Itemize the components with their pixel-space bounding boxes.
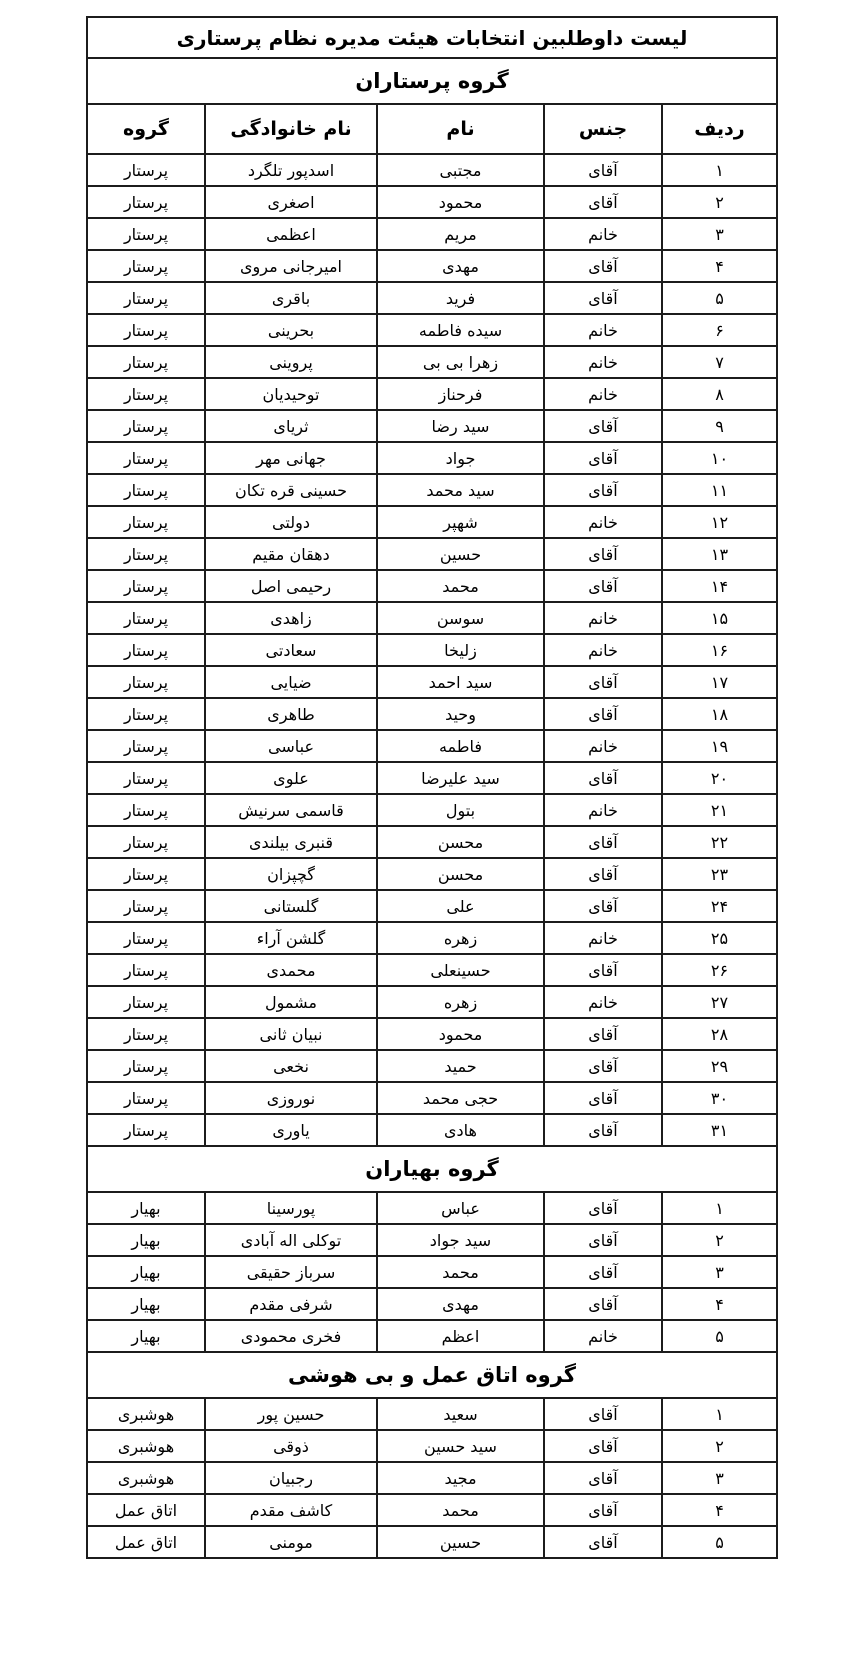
cell-first-name: هادی xyxy=(377,1114,544,1146)
cell-gender: خانم xyxy=(544,314,662,346)
cell-last-name: فخری محمودی xyxy=(205,1320,377,1352)
cell-group: هوشبری xyxy=(87,1398,205,1430)
cell-group: پرستار xyxy=(87,634,205,666)
cell-radif: ۱۹ xyxy=(662,730,777,762)
scanned-document-sheet: لیست داوطلبین انتخابات هیئت مدیره نظام پ… xyxy=(0,0,858,1666)
cell-last-name: رجبیان xyxy=(205,1462,377,1494)
cell-first-name: مریم xyxy=(377,218,544,250)
cell-group: پرستار xyxy=(87,314,205,346)
cell-first-name: حجی محمد xyxy=(377,1082,544,1114)
cell-radif: ۲۰ xyxy=(662,762,777,794)
cell-radif: ۳ xyxy=(662,218,777,250)
cell-group: پرستار xyxy=(87,250,205,282)
table-row: ۱آقایمجتبیاسدپور تلگردپرستار xyxy=(87,154,777,186)
table-row: ۲۶آقایحسینعلیمحمدیپرستار xyxy=(87,954,777,986)
cell-gender: آقای xyxy=(544,186,662,218)
cell-gender: خانم xyxy=(544,602,662,634)
cell-first-name: وحید xyxy=(377,698,544,730)
cell-group: پرستار xyxy=(87,1018,205,1050)
cell-last-name: پروینی xyxy=(205,346,377,378)
title-row: لیست داوطلبین انتخابات هیئت مدیره نظام پ… xyxy=(87,17,777,58)
cell-radif: ۱۶ xyxy=(662,634,777,666)
table-row: ۴آقایمهدیشرفی مقدمبهیار xyxy=(87,1288,777,1320)
cell-first-name: عباس xyxy=(377,1192,544,1224)
cell-first-name: بتول xyxy=(377,794,544,826)
cell-last-name: گلشن آراء xyxy=(205,922,377,954)
table-row: ۲آقایمحموداصغریپرستار xyxy=(87,186,777,218)
cell-group: پرستار xyxy=(87,538,205,570)
table-row: ۲۷خانمزهرهمشمولپرستار xyxy=(87,986,777,1018)
cell-last-name: توکلی اله آبادی xyxy=(205,1224,377,1256)
table-row: ۵خانماعظمفخری محمودیبهیار xyxy=(87,1320,777,1352)
cell-last-name: شرفی مقدم xyxy=(205,1288,377,1320)
cell-radif: ۱ xyxy=(662,1192,777,1224)
column-header-group: گروه xyxy=(87,104,205,154)
table-row: ۹آقایسید رضاثریایپرستار xyxy=(87,410,777,442)
cell-first-name: زهره xyxy=(377,922,544,954)
cell-radif: ۲۳ xyxy=(662,858,777,890)
table-row: ۴آقایمحمدکاشف مقدماتاق عمل xyxy=(87,1494,777,1526)
table-row: ۱۴آقایمحمدرحیمی اصلپرستار xyxy=(87,570,777,602)
section-header-row: گروه پرستاران xyxy=(87,58,777,104)
cell-first-name: علی xyxy=(377,890,544,922)
cell-radif: ۷ xyxy=(662,346,777,378)
cell-group: پرستار xyxy=(87,378,205,410)
cell-group: بهیار xyxy=(87,1288,205,1320)
cell-last-name: توحیدیان xyxy=(205,378,377,410)
cell-last-name: رحیمی اصل xyxy=(205,570,377,602)
cell-group: پرستار xyxy=(87,346,205,378)
cell-last-name: اسدپور تلگرد xyxy=(205,154,377,186)
table-row: ۴آقایمهدیامیرجانی مرویپرستار xyxy=(87,250,777,282)
cell-gender: خانم xyxy=(544,634,662,666)
cell-radif: ۱۷ xyxy=(662,666,777,698)
cell-last-name: کاشف مقدم xyxy=(205,1494,377,1526)
cell-last-name: نخعی xyxy=(205,1050,377,1082)
cell-group: پرستار xyxy=(87,1082,205,1114)
cell-group: هوشبری xyxy=(87,1462,205,1494)
cell-group: پرستار xyxy=(87,890,205,922)
cell-gender: آقای xyxy=(544,762,662,794)
table-row: ۶خانمسیده فاطمهبحرینیپرستار xyxy=(87,314,777,346)
cell-gender: آقای xyxy=(544,570,662,602)
cell-radif: ۲۸ xyxy=(662,1018,777,1050)
section-header-2: گروه بهیاران xyxy=(87,1146,777,1192)
cell-radif: ۲ xyxy=(662,1430,777,1462)
cell-gender: آقای xyxy=(544,1398,662,1430)
cell-gender: خانم xyxy=(544,794,662,826)
cell-radif: ۸ xyxy=(662,378,777,410)
table-row: ۳۰آقایحجی محمدنوروزیپرستار xyxy=(87,1082,777,1114)
table-row: ۷خانمزهرا بی بیپروینیپرستار xyxy=(87,346,777,378)
cell-last-name: سرباز حقیقی xyxy=(205,1256,377,1288)
cell-first-name: سید رضا xyxy=(377,410,544,442)
cell-gender: آقای xyxy=(544,1192,662,1224)
table-row: ۱۹خانمفاطمهعباسیپرستار xyxy=(87,730,777,762)
cell-first-name: مجید xyxy=(377,1462,544,1494)
cell-last-name: ضیایی xyxy=(205,666,377,698)
cell-gender: آقای xyxy=(544,858,662,890)
cell-last-name: نبیان ثانی xyxy=(205,1018,377,1050)
cell-first-name: سید محمد xyxy=(377,474,544,506)
cell-gender: آقای xyxy=(544,826,662,858)
cell-last-name: باقری xyxy=(205,282,377,314)
cell-gender: آقای xyxy=(544,1256,662,1288)
cell-first-name: محمد xyxy=(377,570,544,602)
cell-first-name: فرحناز xyxy=(377,378,544,410)
cell-radif: ۲۹ xyxy=(662,1050,777,1082)
cell-gender: آقای xyxy=(544,1288,662,1320)
cell-radif: ۱۴ xyxy=(662,570,777,602)
cell-first-name: سید علیرضا xyxy=(377,762,544,794)
cell-first-name: جواد xyxy=(377,442,544,474)
column-header-gender: جنس xyxy=(544,104,662,154)
cell-radif: ۱۳ xyxy=(662,538,777,570)
cell-last-name: نوروزی xyxy=(205,1082,377,1114)
cell-first-name: فرید xyxy=(377,282,544,314)
cell-radif: ۲۵ xyxy=(662,922,777,954)
candidates-table: لیست داوطلبین انتخابات هیئت مدیره نظام پ… xyxy=(86,16,778,1559)
table-row: ۱۰آقایجوادجهانی مهرپرستار xyxy=(87,442,777,474)
cell-gender: آقای xyxy=(544,1018,662,1050)
cell-last-name: مشمول xyxy=(205,986,377,1018)
table-row: ۲۵خانمزهرهگلشن آراءپرستار xyxy=(87,922,777,954)
cell-group: پرستار xyxy=(87,282,205,314)
table-row: ۲۹آقایحمیدنخعیپرستار xyxy=(87,1050,777,1082)
cell-gender: آقای xyxy=(544,1114,662,1146)
cell-last-name: امیرجانی مروی xyxy=(205,250,377,282)
cell-first-name: محمود xyxy=(377,186,544,218)
cell-group: پرستار xyxy=(87,794,205,826)
cell-group: بهیار xyxy=(87,1320,205,1352)
table-row: ۱آقایعباسپورسینابهیار xyxy=(87,1192,777,1224)
cell-radif: ۱۵ xyxy=(662,602,777,634)
table-row: ۱۵خانمسوسنزاهدیپرستار xyxy=(87,602,777,634)
cell-gender: خانم xyxy=(544,986,662,1018)
cell-gender: آقای xyxy=(544,1430,662,1462)
cell-first-name: محمد xyxy=(377,1494,544,1526)
table-row: ۳آقایمجیدرجبیانهوشبری xyxy=(87,1462,777,1494)
cell-first-name: زهره xyxy=(377,986,544,1018)
cell-group: پرستار xyxy=(87,986,205,1018)
cell-last-name: عباسی xyxy=(205,730,377,762)
cell-last-name: طاهری xyxy=(205,698,377,730)
cell-radif: ۲۷ xyxy=(662,986,777,1018)
cell-last-name: گلستانی xyxy=(205,890,377,922)
cell-group: پرستار xyxy=(87,442,205,474)
cell-gender: آقای xyxy=(544,410,662,442)
table-row: ۲۴آقایعلیگلستانیپرستار xyxy=(87,890,777,922)
cell-group: پرستار xyxy=(87,922,205,954)
cell-group: پرستار xyxy=(87,1114,205,1146)
cell-first-name: سید احمد xyxy=(377,666,544,698)
cell-first-name: محمد xyxy=(377,1256,544,1288)
cell-radif: ۲۲ xyxy=(662,826,777,858)
cell-first-name: شهپر xyxy=(377,506,544,538)
cell-gender: آقای xyxy=(544,890,662,922)
table-row: ۱۶خانمزلیخاسعادتیپرستار xyxy=(87,634,777,666)
table-row: ۱۱آقایسید محمدحسینی قره تکانپرستار xyxy=(87,474,777,506)
cell-first-name: سوسن xyxy=(377,602,544,634)
cell-radif: ۲ xyxy=(662,1224,777,1256)
cell-last-name: محمدی xyxy=(205,954,377,986)
cell-last-name: ثریای xyxy=(205,410,377,442)
cell-last-name: اعظمی xyxy=(205,218,377,250)
cell-radif: ۴ xyxy=(662,1288,777,1320)
cell-last-name: مومنی xyxy=(205,1526,377,1558)
cell-first-name: فاطمه xyxy=(377,730,544,762)
cell-radif: ۱ xyxy=(662,154,777,186)
cell-radif: ۵ xyxy=(662,1526,777,1558)
cell-group: اتاق عمل xyxy=(87,1494,205,1526)
column-headers-row: ردیفجنسنامنام خانوادگیگروه xyxy=(87,104,777,154)
cell-group: اتاق عمل xyxy=(87,1526,205,1558)
cell-first-name: حسینعلی xyxy=(377,954,544,986)
cell-last-name: سعادتی xyxy=(205,634,377,666)
cell-group: پرستار xyxy=(87,474,205,506)
table-row: ۲آقایسید جوادتوکلی اله آبادیبهیار xyxy=(87,1224,777,1256)
cell-gender: آقای xyxy=(544,1050,662,1082)
table-row: ۳آقایمحمدسرباز حقیقیبهیار xyxy=(87,1256,777,1288)
table-row: ۲۰آقایسید علیرضاعلویپرستار xyxy=(87,762,777,794)
cell-last-name: حسین پور xyxy=(205,1398,377,1430)
cell-last-name: گچپزان xyxy=(205,858,377,890)
cell-radif: ۳ xyxy=(662,1256,777,1288)
column-header-last-name: نام خانوادگی xyxy=(205,104,377,154)
cell-gender: خانم xyxy=(544,346,662,378)
cell-last-name: پورسینا xyxy=(205,1192,377,1224)
cell-first-name: محسن xyxy=(377,858,544,890)
table-row: ۱آقایسعیدحسین پورهوشبری xyxy=(87,1398,777,1430)
cell-radif: ۱۰ xyxy=(662,442,777,474)
table-row: ۳خانممریماعظمیپرستار xyxy=(87,218,777,250)
cell-gender: آقای xyxy=(544,1462,662,1494)
cell-first-name: مهدی xyxy=(377,250,544,282)
cell-gender: خانم xyxy=(544,218,662,250)
table-row: ۳۱آقایهادییاوریپرستار xyxy=(87,1114,777,1146)
cell-gender: خانم xyxy=(544,1320,662,1352)
cell-last-name: قاسمی سرنیش xyxy=(205,794,377,826)
cell-last-name: اصغری xyxy=(205,186,377,218)
cell-gender: آقای xyxy=(544,442,662,474)
cell-last-name: زاهدی xyxy=(205,602,377,634)
cell-gender: آقای xyxy=(544,1494,662,1526)
column-header-first-name: نام xyxy=(377,104,544,154)
cell-gender: آقای xyxy=(544,954,662,986)
cell-group: پرستار xyxy=(87,858,205,890)
cell-gender: خانم xyxy=(544,922,662,954)
cell-radif: ۲۱ xyxy=(662,794,777,826)
column-header-radif: ردیف xyxy=(662,104,777,154)
cell-gender: آقای xyxy=(544,1082,662,1114)
cell-group: پرستار xyxy=(87,762,205,794)
cell-first-name: مهدی xyxy=(377,1288,544,1320)
cell-first-name: حمید xyxy=(377,1050,544,1082)
cell-radif: ۶ xyxy=(662,314,777,346)
cell-gender: آقای xyxy=(544,1224,662,1256)
cell-first-name: محمود xyxy=(377,1018,544,1050)
cell-first-name: حسین xyxy=(377,1526,544,1558)
cell-radif: ۵ xyxy=(662,282,777,314)
cell-group: بهیار xyxy=(87,1192,205,1224)
table-row: ۱۲خانمشهپردولتیپرستار xyxy=(87,506,777,538)
table-row: ۲۲آقایمحسنقنبری بیلندیپرستار xyxy=(87,826,777,858)
cell-radif: ۱۱ xyxy=(662,474,777,506)
cell-last-name: حسینی قره تکان xyxy=(205,474,377,506)
cell-group: پرستار xyxy=(87,186,205,218)
table-row: ۱۷آقایسید احمدضیاییپرستار xyxy=(87,666,777,698)
table-row: ۲آقایسید حسینذوقیهوشبری xyxy=(87,1430,777,1462)
cell-first-name: حسین xyxy=(377,538,544,570)
cell-group: پرستار xyxy=(87,218,205,250)
cell-group: پرستار xyxy=(87,506,205,538)
cell-last-name: جهانی مهر xyxy=(205,442,377,474)
document-title: لیست داوطلبین انتخابات هیئت مدیره نظام پ… xyxy=(87,17,777,58)
cell-radif: ۱۸ xyxy=(662,698,777,730)
cell-gender: آقای xyxy=(544,282,662,314)
cell-first-name: سیده فاطمه xyxy=(377,314,544,346)
cell-group: پرستار xyxy=(87,698,205,730)
table-row: ۱۸آقایوحیدطاهریپرستار xyxy=(87,698,777,730)
cell-radif: ۴ xyxy=(662,1494,777,1526)
table-row: ۲۸آقایمحمودنبیان ثانیپرستار xyxy=(87,1018,777,1050)
cell-radif: ۴ xyxy=(662,250,777,282)
cell-last-name: بحرینی xyxy=(205,314,377,346)
cell-group: پرستار xyxy=(87,154,205,186)
cell-last-name: ذوقی xyxy=(205,1430,377,1462)
cell-radif: ۲۶ xyxy=(662,954,777,986)
cell-group: پرستار xyxy=(87,954,205,986)
cell-group: پرستار xyxy=(87,602,205,634)
cell-radif: ۹ xyxy=(662,410,777,442)
cell-gender: آقای xyxy=(544,1526,662,1558)
cell-first-name: زلیخا xyxy=(377,634,544,666)
cell-gender: آقای xyxy=(544,538,662,570)
table-row: ۵آقایفریدباقریپرستار xyxy=(87,282,777,314)
cell-first-name: سعید xyxy=(377,1398,544,1430)
section-header-row: گروه اتاق عمل و بی هوشی xyxy=(87,1352,777,1398)
section-header-1: گروه پرستاران xyxy=(87,58,777,104)
cell-group: پرستار xyxy=(87,410,205,442)
section-header-row: گروه بهیاران xyxy=(87,1146,777,1192)
cell-last-name: علوی xyxy=(205,762,377,794)
cell-radif: ۵ xyxy=(662,1320,777,1352)
cell-radif: ۱ xyxy=(662,1398,777,1430)
cell-gender: آقای xyxy=(544,666,662,698)
cell-gender: آقای xyxy=(544,154,662,186)
cell-last-name: یاوری xyxy=(205,1114,377,1146)
cell-radif: ۱۲ xyxy=(662,506,777,538)
cell-gender: خانم xyxy=(544,378,662,410)
cell-group: پرستار xyxy=(87,1050,205,1082)
table-row: ۲۱خانمبتولقاسمی سرنیشپرستار xyxy=(87,794,777,826)
cell-last-name: دهقان مقیم xyxy=(205,538,377,570)
cell-gender: آقای xyxy=(544,250,662,282)
cell-gender: آقای xyxy=(544,474,662,506)
cell-gender: آقای xyxy=(544,698,662,730)
cell-radif: ۲ xyxy=(662,186,777,218)
cell-group: بهیار xyxy=(87,1256,205,1288)
cell-group: پرستار xyxy=(87,730,205,762)
cell-group: هوشبری xyxy=(87,1430,205,1462)
section-header-3: گروه اتاق عمل و بی هوشی xyxy=(87,1352,777,1398)
cell-radif: ۳۱ xyxy=(662,1114,777,1146)
cell-first-name: مجتبی xyxy=(377,154,544,186)
table-row: ۱۳آقایحسیندهقان مقیمپرستار xyxy=(87,538,777,570)
cell-first-name: سید جواد xyxy=(377,1224,544,1256)
cell-gender: خانم xyxy=(544,506,662,538)
cell-group: پرستار xyxy=(87,826,205,858)
cell-last-name: دولتی xyxy=(205,506,377,538)
cell-group: بهیار xyxy=(87,1224,205,1256)
cell-group: پرستار xyxy=(87,666,205,698)
table-row: ۵آقایحسینمومنیاتاق عمل xyxy=(87,1526,777,1558)
cell-first-name: محسن xyxy=(377,826,544,858)
cell-radif: ۳۰ xyxy=(662,1082,777,1114)
cell-radif: ۲۴ xyxy=(662,890,777,922)
cell-first-name: سید حسین xyxy=(377,1430,544,1462)
cell-gender: خانم xyxy=(544,730,662,762)
cell-last-name: قنبری بیلندی xyxy=(205,826,377,858)
table-row: ۸خانمفرحنازتوحیدیانپرستار xyxy=(87,378,777,410)
cell-group: پرستار xyxy=(87,570,205,602)
cell-radif: ۳ xyxy=(662,1462,777,1494)
cell-first-name: اعظم xyxy=(377,1320,544,1352)
table-row: ۲۳آقایمحسنگچپزانپرستار xyxy=(87,858,777,890)
cell-first-name: زهرا بی بی xyxy=(377,346,544,378)
